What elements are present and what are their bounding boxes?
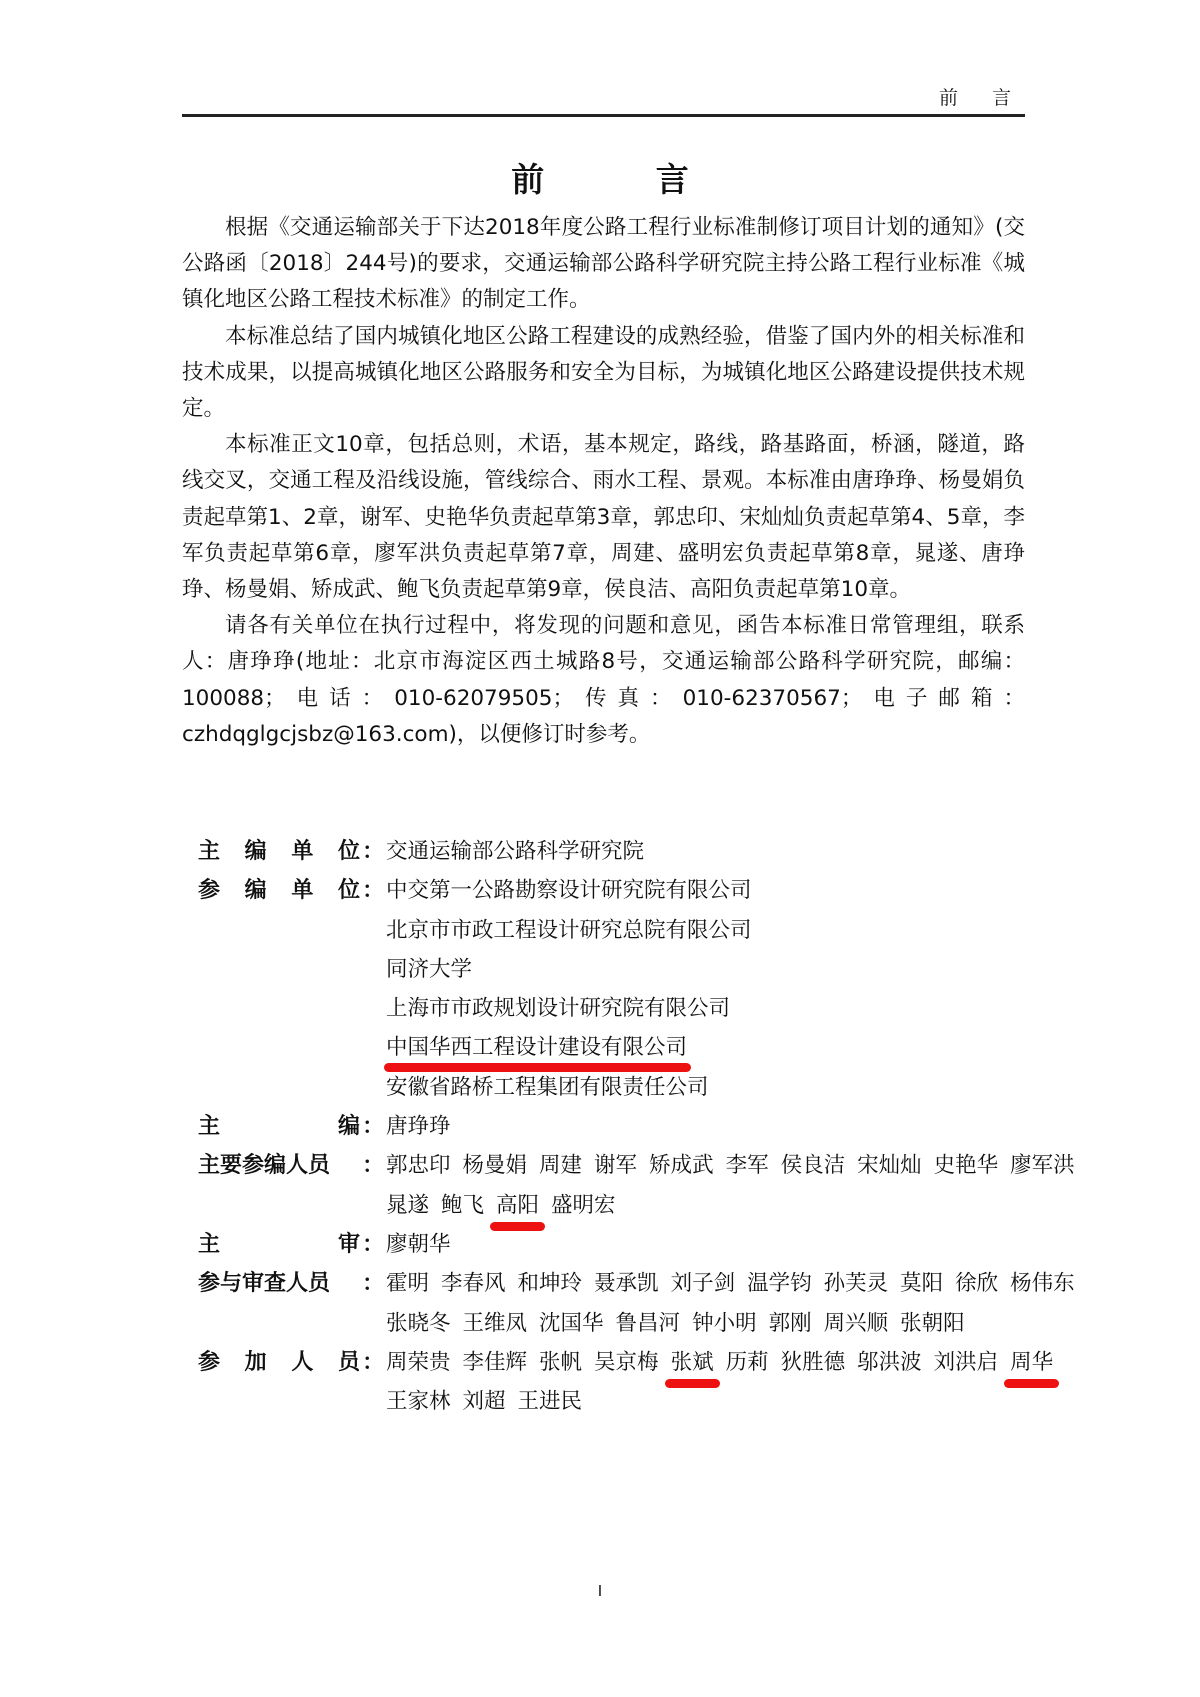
credit-label-char: 主	[198, 832, 220, 871]
person-name: 矫成武	[649, 1146, 714, 1185]
credit-colon: ：	[360, 1225, 386, 1264]
person-name: 莫阳	[900, 1264, 943, 1303]
person-name: 盛明宏	[551, 1186, 616, 1225]
person-name: 刘洪启	[934, 1343, 999, 1382]
person-name: 李佳辉	[463, 1343, 528, 1382]
person-name: 张朝阳	[900, 1304, 965, 1343]
paragraph-summary: 本标准总结了国内城镇化地区公路工程建设的成熟经验，借鉴了国内外的相关标准和技术成…	[182, 319, 1025, 428]
organization-name: 交通运输部公路科学研究院	[386, 832, 644, 871]
credit-colon: ：	[360, 1146, 386, 1185]
page-number: I	[0, 1583, 1200, 1601]
credit-main-editors: 主要参编人员 ： 郭忠印杨曼娟周建谢军矫成武李军侯良洁宋灿灿史艳华廖军洪晁遂鲍飞…	[198, 1146, 1078, 1225]
credit-label: 主编单位	[198, 832, 360, 871]
credit-label-char: 审	[338, 1225, 360, 1264]
person-name: 唐琤琤	[386, 1107, 451, 1146]
organization-name: 中国华西工程设计建设有限公司	[386, 1028, 687, 1067]
organization-text: 中交第一公路勘察设计研究院有限公司	[386, 878, 752, 903]
person-name: 杨曼娟	[463, 1146, 528, 1185]
credit-label-char: 位	[338, 871, 360, 910]
credit-colon: ：	[360, 871, 386, 910]
person-name: 王维凤	[463, 1304, 528, 1343]
credit-label: 参编单位	[198, 871, 360, 910]
credit-label: 主要参编人员	[198, 1146, 360, 1185]
credit-label: 主审	[198, 1225, 360, 1264]
paragraph-contact: 请各有关单位在执行过程中，将发现的问题和意见，函告本标准日常管理组，联系人：唐琤…	[182, 608, 1025, 753]
person-name: 郭刚	[769, 1304, 812, 1343]
highlighted-person-name: 周华	[1010, 1343, 1053, 1382]
paragraph-chapters: 本标准正文10章，包括总则，术语，基本规定，路线，路基路面，桥涵，隧道，路线交叉…	[182, 427, 1025, 608]
person-name: 宋灿灿	[857, 1146, 922, 1185]
person-name: 廖军洪	[1010, 1146, 1075, 1185]
credit-label-char: 员	[338, 1343, 360, 1382]
credit-label: 主编	[198, 1107, 360, 1146]
person-name: 杨伟东	[1010, 1264, 1075, 1303]
paragraph-basis: 根据《交通运输部关于下达2018年度公路工程行业标准制修订项目计划的通知》(交公…	[182, 210, 1025, 319]
credit-label-char: 主	[198, 1225, 220, 1264]
person-name: 王进民	[518, 1382, 583, 1421]
person-name: 周荣贵	[386, 1343, 451, 1382]
person-name: 张晓冬	[386, 1304, 451, 1343]
person-name: 孙芙灵	[824, 1264, 889, 1303]
credit-chief-reviewer: 主审 ： 廖朝华	[198, 1225, 1078, 1264]
credit-label-char: 参	[198, 1343, 220, 1382]
credit-chief-editor: 主编 ： 唐琤琤	[198, 1107, 1078, 1146]
credit-values: 郭忠印杨曼娟周建谢军矫成武李军侯良洁宋灿灿史艳华廖军洪晁遂鲍飞高阳盛明宏	[386, 1146, 1078, 1225]
credit-label-char: 参	[198, 871, 220, 910]
credit-label-char: 位	[338, 832, 360, 871]
organization-name: 中交第一公路勘察设计研究院有限公司	[386, 871, 752, 910]
credit-colon: ：	[360, 1343, 386, 1382]
credit-colon: ：	[360, 1264, 386, 1303]
person-name: 鲍飞	[441, 1186, 484, 1225]
person-name: 廖朝华	[386, 1225, 451, 1264]
credit-label-char: 单	[291, 832, 313, 871]
credit-label-char: 编	[245, 832, 267, 871]
credit-label-char: 单	[291, 871, 313, 910]
person-name: 狄胜德	[781, 1343, 846, 1382]
credit-colon: ：	[360, 832, 386, 871]
organization-text: 北京市市政工程设计研究总院有限公司	[386, 918, 752, 943]
highlighted-organization: 中国华西工程设计建设有限公司	[386, 1028, 687, 1067]
preface-body: 根据《交通运输部关于下达2018年度公路工程行业标准制修订项目计划的通知》(交公…	[182, 210, 1025, 753]
person-name: 周兴顺	[824, 1304, 889, 1343]
credit-values: 廖朝华	[386, 1225, 1078, 1264]
credit-label-char: 参与审查人员	[198, 1264, 330, 1303]
person-name: 李春风	[441, 1264, 506, 1303]
person-name: 鲁昌河	[616, 1304, 681, 1343]
person-name: 钟小明	[692, 1304, 757, 1343]
credit-values: 中交第一公路勘察设计研究院有限公司北京市市政工程设计研究总院有限公司同济大学上海…	[386, 871, 1078, 1107]
person-name: 霍明	[386, 1264, 429, 1303]
person-name: 史艳华	[934, 1146, 999, 1185]
person-name: 徐欣	[955, 1264, 998, 1303]
credit-chief-unit: 主编单位 ： 交通运输部公路科学研究院	[198, 832, 1078, 871]
person-name: 周建	[539, 1146, 582, 1185]
credit-values: 霍明李春风和坤玲聂承凯刘子剑温学钧孙芙灵莫阳徐欣杨伟东张晓冬王维凤沈国华鲁昌河钟…	[386, 1264, 1078, 1343]
credit-participating-units: 参编单位 ： 中交第一公路勘察设计研究院有限公司北京市市政工程设计研究总院有限公…	[198, 871, 1078, 1107]
credit-values: 唐琤琤	[386, 1107, 1078, 1146]
credit-values: 交通运输部公路科学研究院	[386, 832, 1078, 871]
organization-name: 安徽省路桥工程集团有限责任公司	[386, 1068, 709, 1107]
header-rule	[182, 114, 1025, 117]
organization-text: 安徽省路桥工程集团有限责任公司	[386, 1075, 709, 1100]
credit-label: 参加人员	[198, 1343, 360, 1382]
person-name: 郭忠印	[386, 1146, 451, 1185]
person-name: 刘超	[463, 1382, 506, 1421]
credit-label-char: 编	[338, 1107, 360, 1146]
person-name: 沈国华	[539, 1304, 604, 1343]
credit-participants: 参加人员 ： 周荣贵李佳辉张帆吴京梅张斌历莉狄胜德邬洪波刘洪启周华王家林刘超王进…	[198, 1343, 1078, 1422]
highlighted-person-name: 高阳	[496, 1186, 539, 1225]
person-name: 聂承凯	[594, 1264, 659, 1303]
person-name: 晁遂	[386, 1186, 429, 1225]
organization-text: 上海市市政规划设计研究院有限公司	[386, 996, 730, 1021]
credit-values: 周荣贵李佳辉张帆吴京梅张斌历莉狄胜德邬洪波刘洪启周华王家林刘超王进民	[386, 1343, 1078, 1422]
person-name: 邬洪波	[857, 1343, 922, 1382]
person-name: 谢军	[594, 1146, 637, 1185]
credit-label-char: 加	[245, 1343, 267, 1382]
organization-text: 同济大学	[386, 957, 472, 982]
organization-name: 上海市市政规划设计研究院有限公司	[386, 989, 730, 1028]
person-name: 吴京梅	[594, 1343, 659, 1382]
running-header-title: 前 言	[182, 86, 1025, 110]
credit-label-char: 主	[198, 1107, 220, 1146]
person-name: 刘子剑	[671, 1264, 736, 1303]
credit-label-char: 人	[291, 1343, 313, 1382]
highlighted-person-name: 张斌	[671, 1343, 714, 1382]
credit-label-char: 主要参编人员	[198, 1146, 330, 1185]
credit-label: 参与审查人员	[198, 1264, 360, 1303]
organization-name: 同济大学	[386, 950, 472, 989]
person-name: 张帆	[539, 1343, 582, 1382]
person-name: 侯良洁	[781, 1146, 846, 1185]
person-name: 王家林	[386, 1382, 451, 1421]
credit-label-char: 编	[245, 871, 267, 910]
person-name: 历莉	[726, 1343, 769, 1382]
person-name: 李军	[726, 1146, 769, 1185]
page-title: 前 言	[0, 158, 1200, 202]
organization-text: 交通运输部公路科学研究院	[386, 839, 644, 864]
credit-reviewers: 参与审查人员 ： 霍明李春风和坤玲聂承凯刘子剑温学钧孙芙灵莫阳徐欣杨伟东张晓冬王…	[198, 1264, 1078, 1343]
person-name: 温学钧	[747, 1264, 812, 1303]
credits-section: 主编单位 ： 交通运输部公路科学研究院 参编单位 ： 中交第一公路勘察设计研究院…	[198, 832, 1078, 1421]
organization-name: 北京市市政工程设计研究总院有限公司	[386, 911, 752, 950]
credit-colon: ：	[360, 1107, 386, 1146]
person-name: 和坤玲	[518, 1264, 583, 1303]
